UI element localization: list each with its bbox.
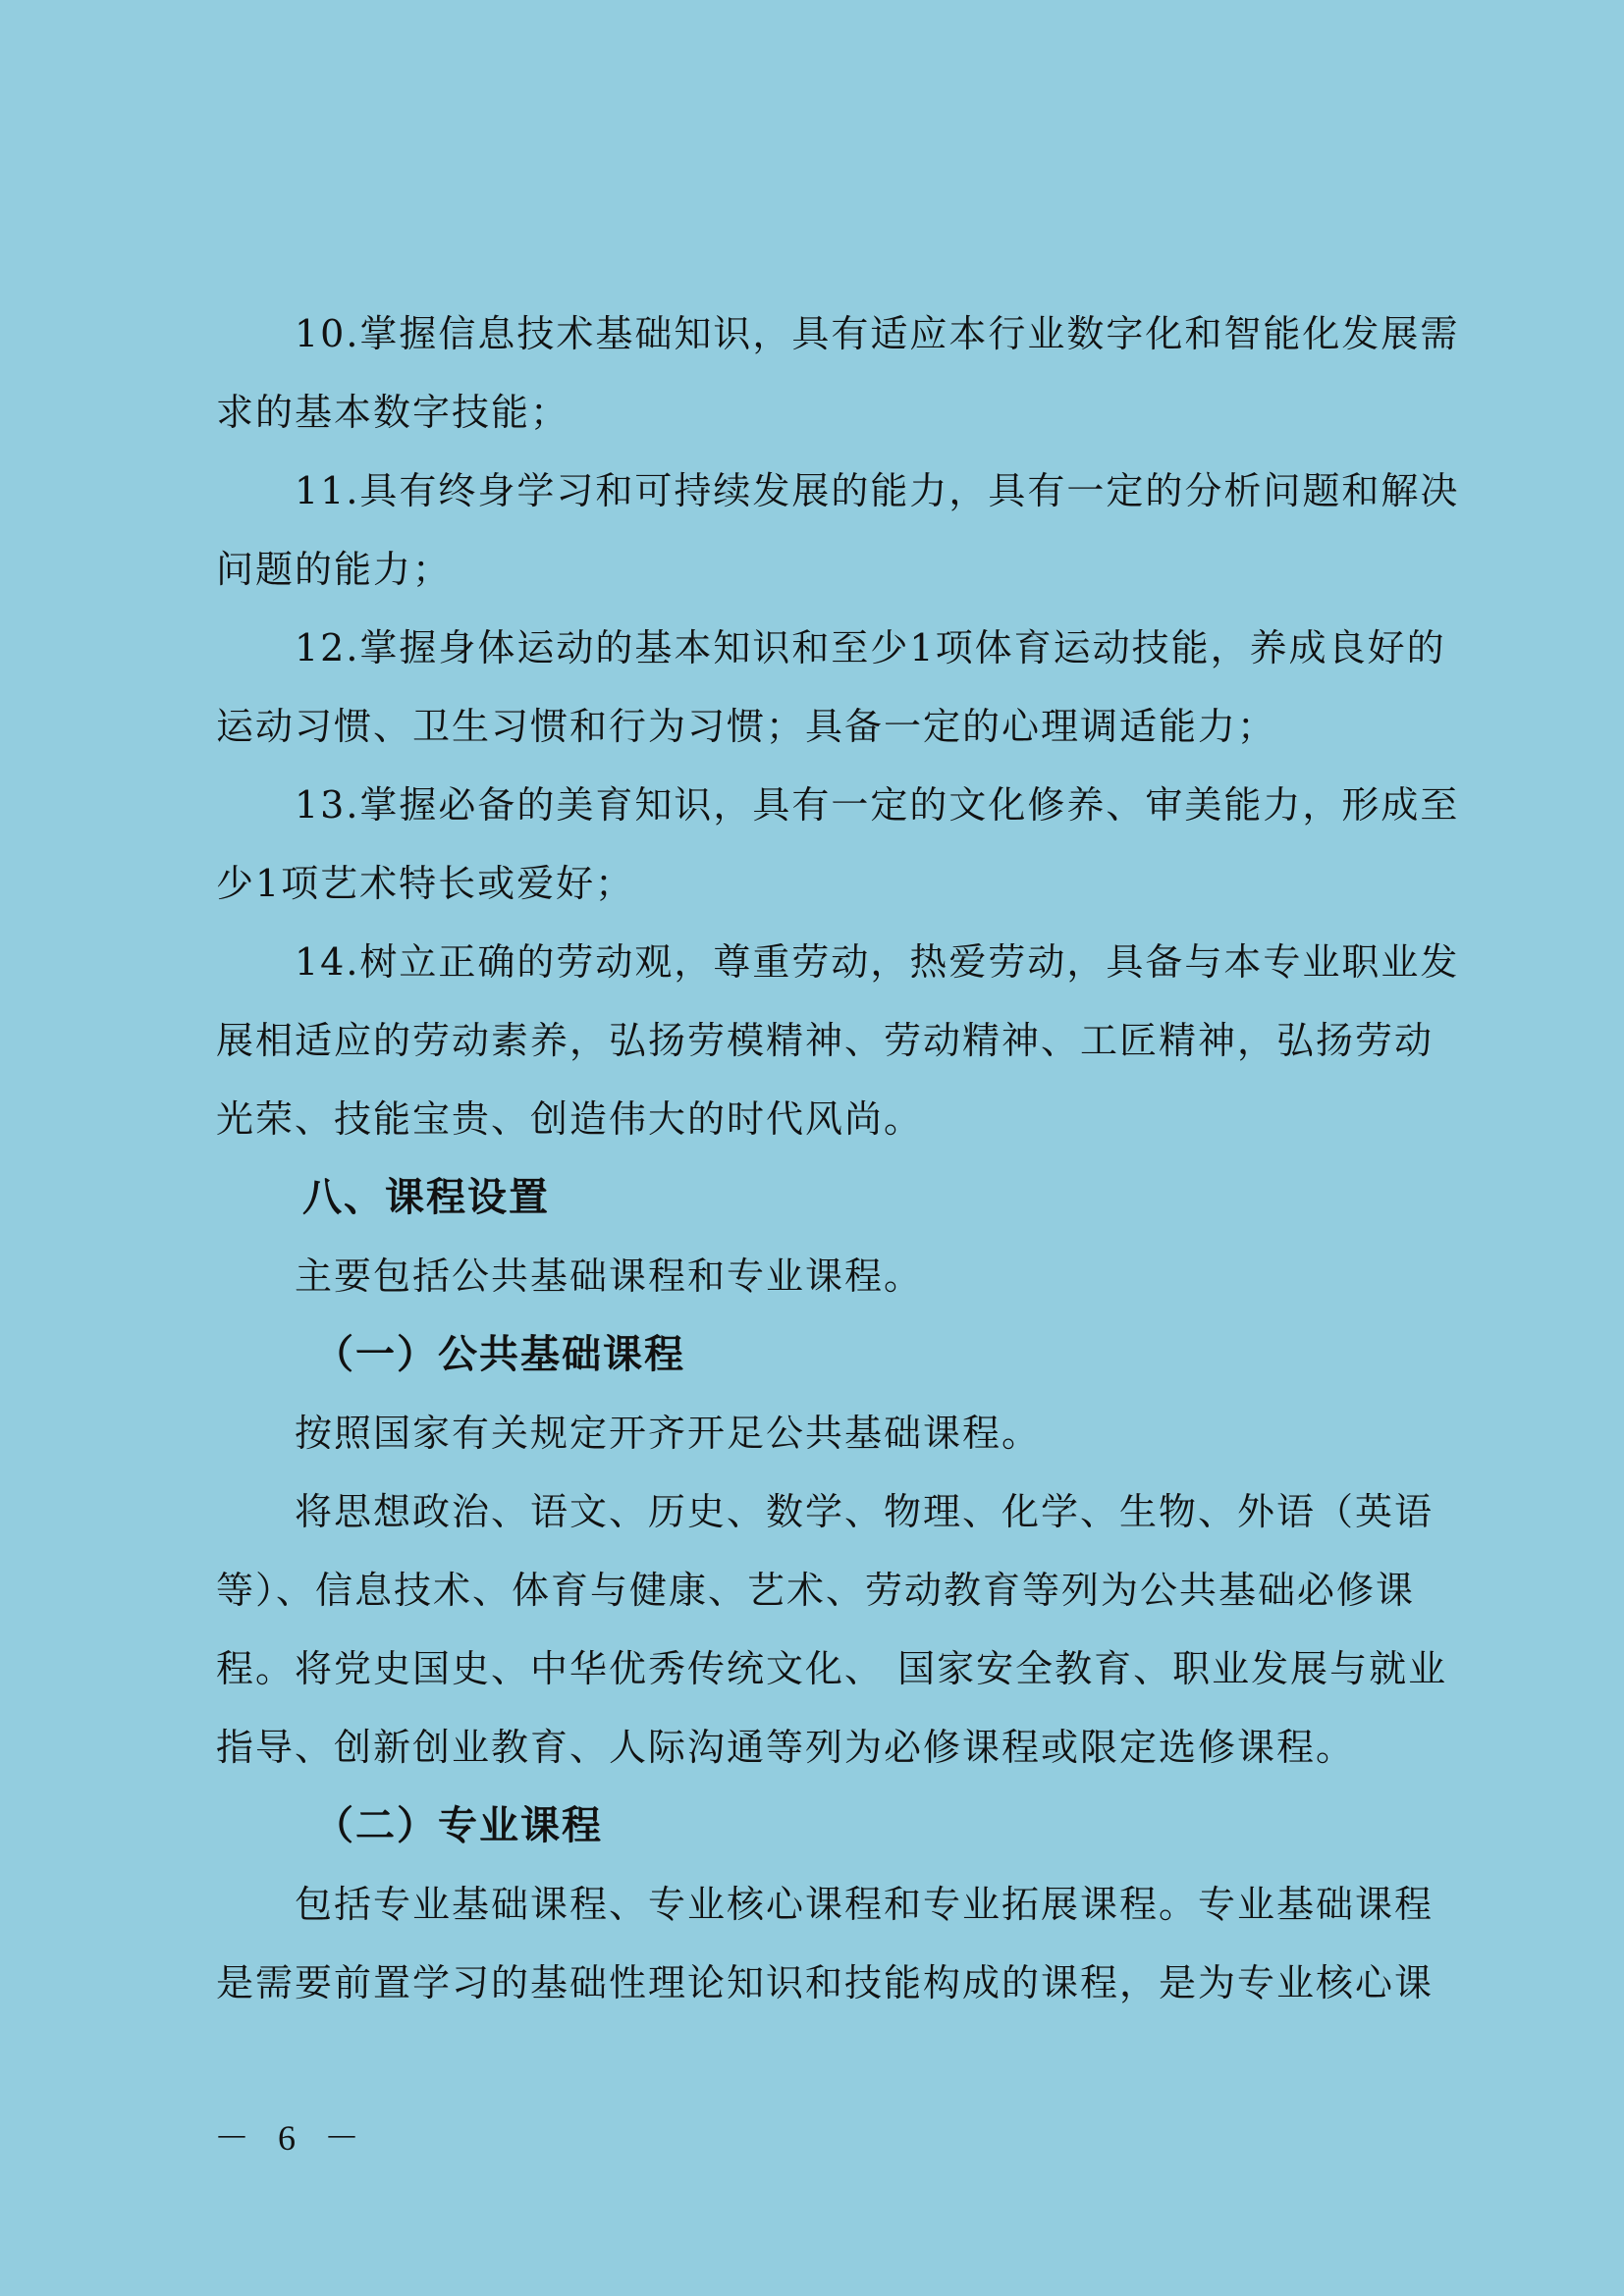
text-line: 等）、信息技术、体育与健康、艺术、劳动教育等列为公共基础必修课 xyxy=(216,1551,1424,1629)
subsection-heading-public: （一）公共基础课程 xyxy=(216,1315,1424,1394)
document-page: 10.掌握信息技术基础知识，具有适应本行业数字化和智能化发展需 求的基本数字技能… xyxy=(216,294,1424,2022)
text-line: 11.具有终身学习和可持续发展的能力，具有一定的分析问题和解决 xyxy=(216,452,1424,530)
paragraph-professional-courses: 包括专业基础课程、专业核心课程和专业拓展课程。专业基础课程 是需要前置学习的基础… xyxy=(216,1865,1424,2022)
subsection-heading-professional: （二）专业课程 xyxy=(216,1787,1424,1865)
text-line: 少1项艺术特长或爱好； xyxy=(216,844,1424,923)
text-line: 运动习惯、卫生习惯和行为习惯；具备一定的心理调适能力； xyxy=(216,687,1424,766)
text-line: 问题的能力； xyxy=(216,530,1424,609)
list-item-14: 14.树立正确的劳动观，尊重劳动，热爱劳动，具备与本专业职业发 展相适应的劳动素… xyxy=(216,923,1424,1158)
text-line: 程。将党史国史、中华优秀传统文化、 国家安全教育、职业发展与就业 xyxy=(216,1629,1424,1708)
text-line: 指导、创新创业教育、人际沟通等列为必修课程或限定选修课程。 xyxy=(216,1708,1424,1787)
text-line: 14.树立正确的劳动观，尊重劳动，热爱劳动，具备与本专业职业发 xyxy=(216,923,1424,1001)
text-line: 是需要前置学习的基础性理论知识和技能构成的课程，是为专业核心课 xyxy=(216,1944,1424,2022)
text-line: 求的基本数字技能； xyxy=(216,373,1424,452)
section-heading: 八、课程设置 xyxy=(216,1158,1424,1237)
list-item-13: 13.掌握必备的美育知识，具有一定的文化修养、审美能力，形成至 少1项艺术特长或… xyxy=(216,766,1424,923)
text-line: 包括专业基础课程、专业核心课程和专业拓展课程。专业基础课程 xyxy=(216,1865,1424,1944)
list-item-11: 11.具有终身学习和可持续发展的能力，具有一定的分析问题和解决 问题的能力； xyxy=(216,452,1424,609)
text-line: 10.掌握信息技术基础知识，具有适应本行业数字化和智能化发展需 xyxy=(216,294,1424,373)
text-line: 展相适应的劳动素养，弘扬劳模精神、劳动精神、工匠精神，弘扬劳动 xyxy=(216,1001,1424,1080)
text-line: 12.掌握身体运动的基本知识和至少1项体育运动技能，养成良好的 xyxy=(216,609,1424,687)
list-item-10: 10.掌握信息技术基础知识，具有适应本行业数字化和智能化发展需 求的基本数字技能… xyxy=(216,294,1424,452)
list-item-12: 12.掌握身体运动的基本知识和至少1项体育运动技能，养成良好的 运动习惯、卫生习… xyxy=(216,609,1424,766)
page-number: － 6 － xyxy=(214,2110,369,2161)
text-line: 13.掌握必备的美育知识，具有一定的文化修养、审美能力，形成至 xyxy=(216,766,1424,844)
text-line: 光荣、技能宝贵、创造伟大的时代风尚。 xyxy=(216,1080,1424,1158)
section-intro: 主要包括公共基础课程和专业课程。 xyxy=(216,1237,1424,1315)
paragraph-public-courses: 将思想政治、语文、历史、数学、物理、化学、生物、外语（英语 等）、信息技术、体育… xyxy=(216,1472,1424,1787)
paragraph: 按照国家有关规定开齐开足公共基础课程。 xyxy=(216,1394,1424,1472)
text-line: 将思想政治、语文、历史、数学、物理、化学、生物、外语（英语 xyxy=(216,1472,1424,1551)
